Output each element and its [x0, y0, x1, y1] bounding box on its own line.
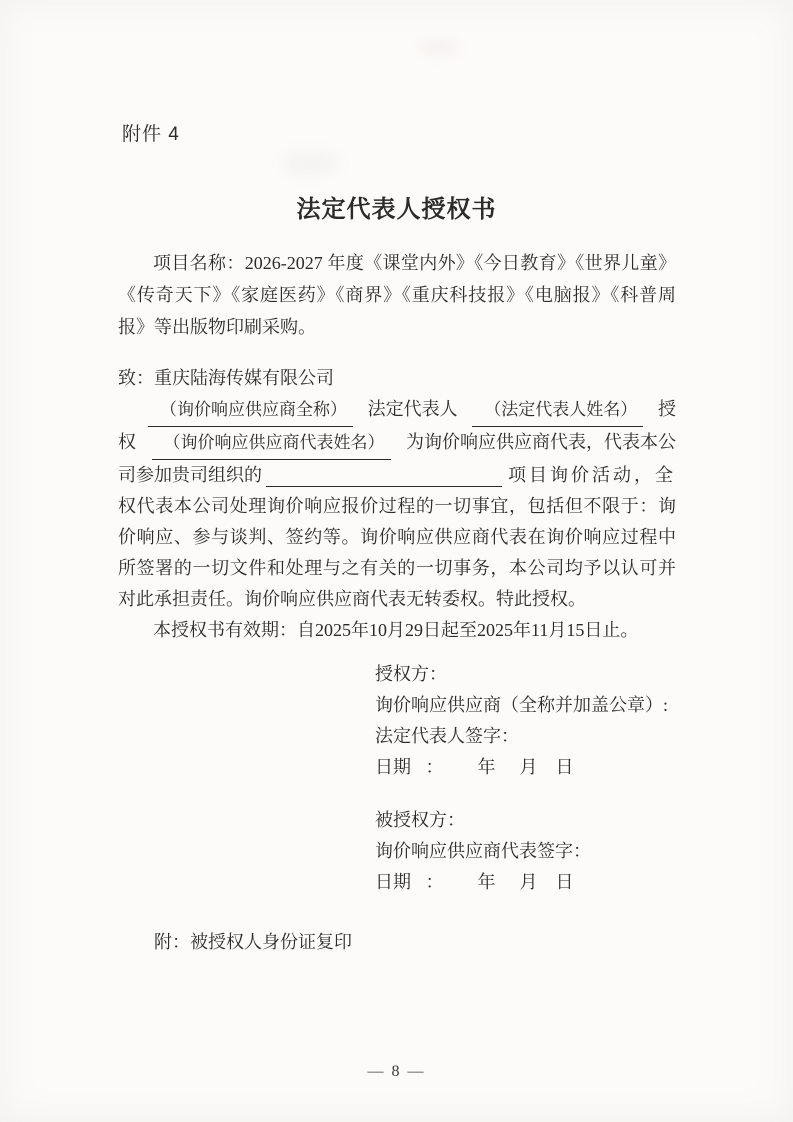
underline-field-supplier-full-name: （询价响应供应商全称） [148, 394, 353, 427]
attachment-note: 附：被授权人身份证复印 [154, 928, 352, 954]
page-title: 法定代表人授权书 [0, 189, 793, 224]
authorization-body: 致：重庆陆海传媒有限公司 （询价响应供应商全称） 法定代表人 （法定代表人姓名）… [118, 363, 676, 646]
authorizer-heading: 授权方： [375, 659, 668, 690]
auth-line-3: 司参加贵司组织的 项目询价活动，全 [118, 460, 676, 491]
auth-text: 司参加贵司组织的 [118, 460, 262, 491]
validity-line: 本授权书有效期：自2025年10月29日起至2025年11月15日止。 [118, 615, 676, 646]
day-label: 日 [556, 872, 574, 892]
authorized-heading: 被授权方： [375, 805, 591, 836]
recipient-line: 致：重庆陆海传媒有限公司 [118, 363, 676, 394]
project-line: 报》等出版物印刷采购。 [118, 311, 676, 343]
agent-signature-label: 询价响应供应商代表签字： [375, 836, 591, 867]
auth-line-5: 价响应、参与谈判、签约等。询价响应供应商代表在询价响应过程中 [118, 522, 676, 553]
auth-line-1: （询价响应供应商全称） 法定代表人 （法定代表人姓名） 授 [118, 394, 676, 427]
project-line: 《传奇天下》《家庭医药》《商界》《重庆科技报》《电脑报》《科普周 [118, 279, 676, 311]
date-label: 日期 ： [375, 872, 444, 892]
scan-artifact [418, 40, 458, 54]
legal-rep-signature-label: 法定代表人签字： [375, 721, 668, 752]
auth-line-2: 权 （询价响应供应商代表姓名） 为询价响应供应商代表，代表本公 [118, 427, 676, 460]
auth-text: 权 [118, 427, 136, 458]
recipient-company: 重庆陆海传媒有限公司 [154, 368, 334, 388]
date-label: 日期 ： [375, 757, 444, 777]
scan-artifact [280, 150, 340, 176]
year-label: 年 [478, 872, 496, 892]
project-line: 项目名称：2026-2027 年度《课堂内外》《今日教育》《世界儿童》 [118, 247, 676, 279]
document-page: 附件 4 法定代表人授权书 项目名称：2026-2027 年度《课堂内外》《今日… [0, 0, 793, 1122]
authorizer-section: 授权方： 询价响应供应商（全称并加盖公章）: 法定代表人签字： 日期 ：年月日 [375, 659, 668, 783]
attachment-label: 附件 4 [122, 119, 180, 146]
supplier-seal-label: 询价响应供应商（全称并加盖公章）: [375, 690, 668, 721]
project-name-paragraph: 项目名称：2026-2027 年度《课堂内外》《今日教育》《世界儿童》 《传奇天… [118, 247, 676, 343]
underline-field-project-blank [266, 485, 502, 487]
month-label: 月 [520, 872, 538, 892]
auth-line-4: 权代表本公司处理询价响应报价过程的一切事宜，包括但不限于：询 [118, 491, 676, 522]
year-label: 年 [478, 757, 496, 777]
month-label: 月 [520, 757, 538, 777]
auth-line-6: 所签署的一切文件和处理与之有关的一切事务，本公司均予以认可并 [118, 553, 676, 584]
page-number: — 8 — [0, 1063, 793, 1081]
underline-field-legal-representative-name: （法定代表人姓名） [472, 394, 643, 427]
auth-text: 为询价响应供应商代表，代表本公 [406, 427, 676, 458]
auth-text: 法定代表人 [368, 394, 458, 425]
auth-line-7: 对此承担责任。询价响应供应商代表无转委权。特此授权。 [118, 584, 676, 615]
auth-text: 项目询价活动，全 [508, 460, 676, 491]
authorized-section: 被授权方： 询价响应供应商代表签字： 日期 ：年月日 [375, 805, 591, 898]
underline-field-representative-name: （询价响应供应商代表姓名） [152, 427, 391, 460]
recipient-prefix: 致： [118, 368, 154, 388]
authorized-date-line: 日期 ：年月日 [375, 867, 591, 898]
auth-text: 授 [658, 394, 676, 425]
day-label: 日 [556, 757, 574, 777]
authorizer-date-line: 日期 ：年月日 [375, 752, 668, 783]
